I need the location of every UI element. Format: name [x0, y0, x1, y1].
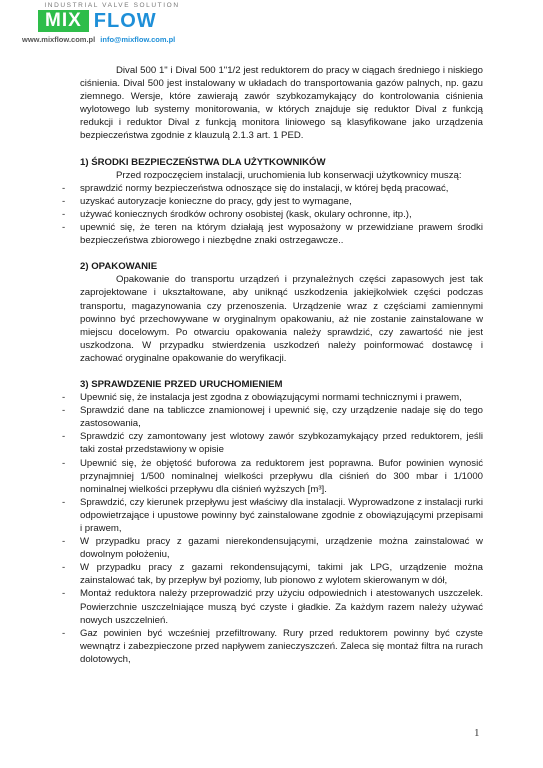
page-number: 1 [474, 727, 480, 739]
section-heading: 3) SPRAWDZENIE PRZED URUCHOMIENIEM [80, 378, 483, 391]
section-paragraph: Opakowanie do transportu urządzeń i przy… [80, 273, 483, 365]
list-item: używać koniecznych środków ochrony osobi… [80, 208, 483, 221]
company-header: INDUSTRIAL VALVE SOLUTION MIX FLOW www.m… [22, 2, 192, 44]
email-link[interactable]: info@mixflow.com.pl [100, 35, 175, 44]
list-item: Sprawdzić czy zamontowany jest wlotowy z… [80, 430, 483, 456]
precheck-list: Upewnić się, że instalacja jest zgodna z… [80, 391, 483, 666]
list-item: W przypadku pracy z gazami nierekondensu… [80, 535, 483, 561]
section-heading: 1) ŚRODKI BEZPIECZEŃSTWA DLA UŻYTKOWNIKÓ… [80, 156, 483, 169]
mixflow-logo: MIX FLOW [38, 10, 192, 32]
list-item: Sprawdzić dane na tabliczce znamionowej … [80, 404, 483, 430]
section-packaging: 2) OPAKOWANIE Opakowanie do transportu u… [80, 260, 483, 365]
document-body: Dival 500 1" i Dival 500 1"1/2 jest redu… [80, 64, 483, 666]
list-item: Montaż reduktora należy przeprowadzić pr… [80, 587, 483, 626]
logo-mix-text: MIX [38, 10, 89, 32]
section-safety: 1) ŚRODKI BEZPIECZEŃSTWA DLA UŻYTKOWNIKÓ… [80, 156, 483, 248]
website-link[interactable]: www.mixflow.com.pl [22, 35, 95, 44]
list-item: Upewnić się, że instalacja jest zgodna z… [80, 391, 483, 404]
list-item: upewnić się, że teren na którym działają… [80, 221, 483, 247]
contact-line: www.mixflow.com.pl info@mixflow.com.pl [22, 35, 192, 44]
list-item: sprawdzić normy bezpieczeństwa odnoszące… [80, 182, 483, 195]
safety-list: sprawdzić normy bezpieczeństwa odnoszące… [80, 182, 483, 247]
list-item: Gaz powinien być wcześniej przefiltrowan… [80, 627, 483, 666]
section-lead: Przed rozpoczęciem instalacji, uruchomie… [80, 169, 483, 182]
section-precheck: 3) SPRAWDZENIE PRZED URUCHOMIENIEM Upewn… [80, 378, 483, 666]
intro-paragraph: Dival 500 1" i Dival 500 1"1/2 jest redu… [80, 64, 483, 143]
list-item: Upewnić się, że objętość buforowa za red… [80, 457, 483, 496]
logo-tagline: INDUSTRIAL VALVE SOLUTION [32, 2, 192, 9]
list-item: uzyskać autoryzacje konieczne do pracy, … [80, 195, 483, 208]
section-heading: 2) OPAKOWANIE [80, 260, 483, 273]
list-item: Sprawdzić, czy kierunek przepływu jest w… [80, 496, 483, 535]
logo-flow-text: FLOW [89, 10, 157, 32]
list-item: W przypadku pracy z gazami rekondensując… [80, 561, 483, 587]
